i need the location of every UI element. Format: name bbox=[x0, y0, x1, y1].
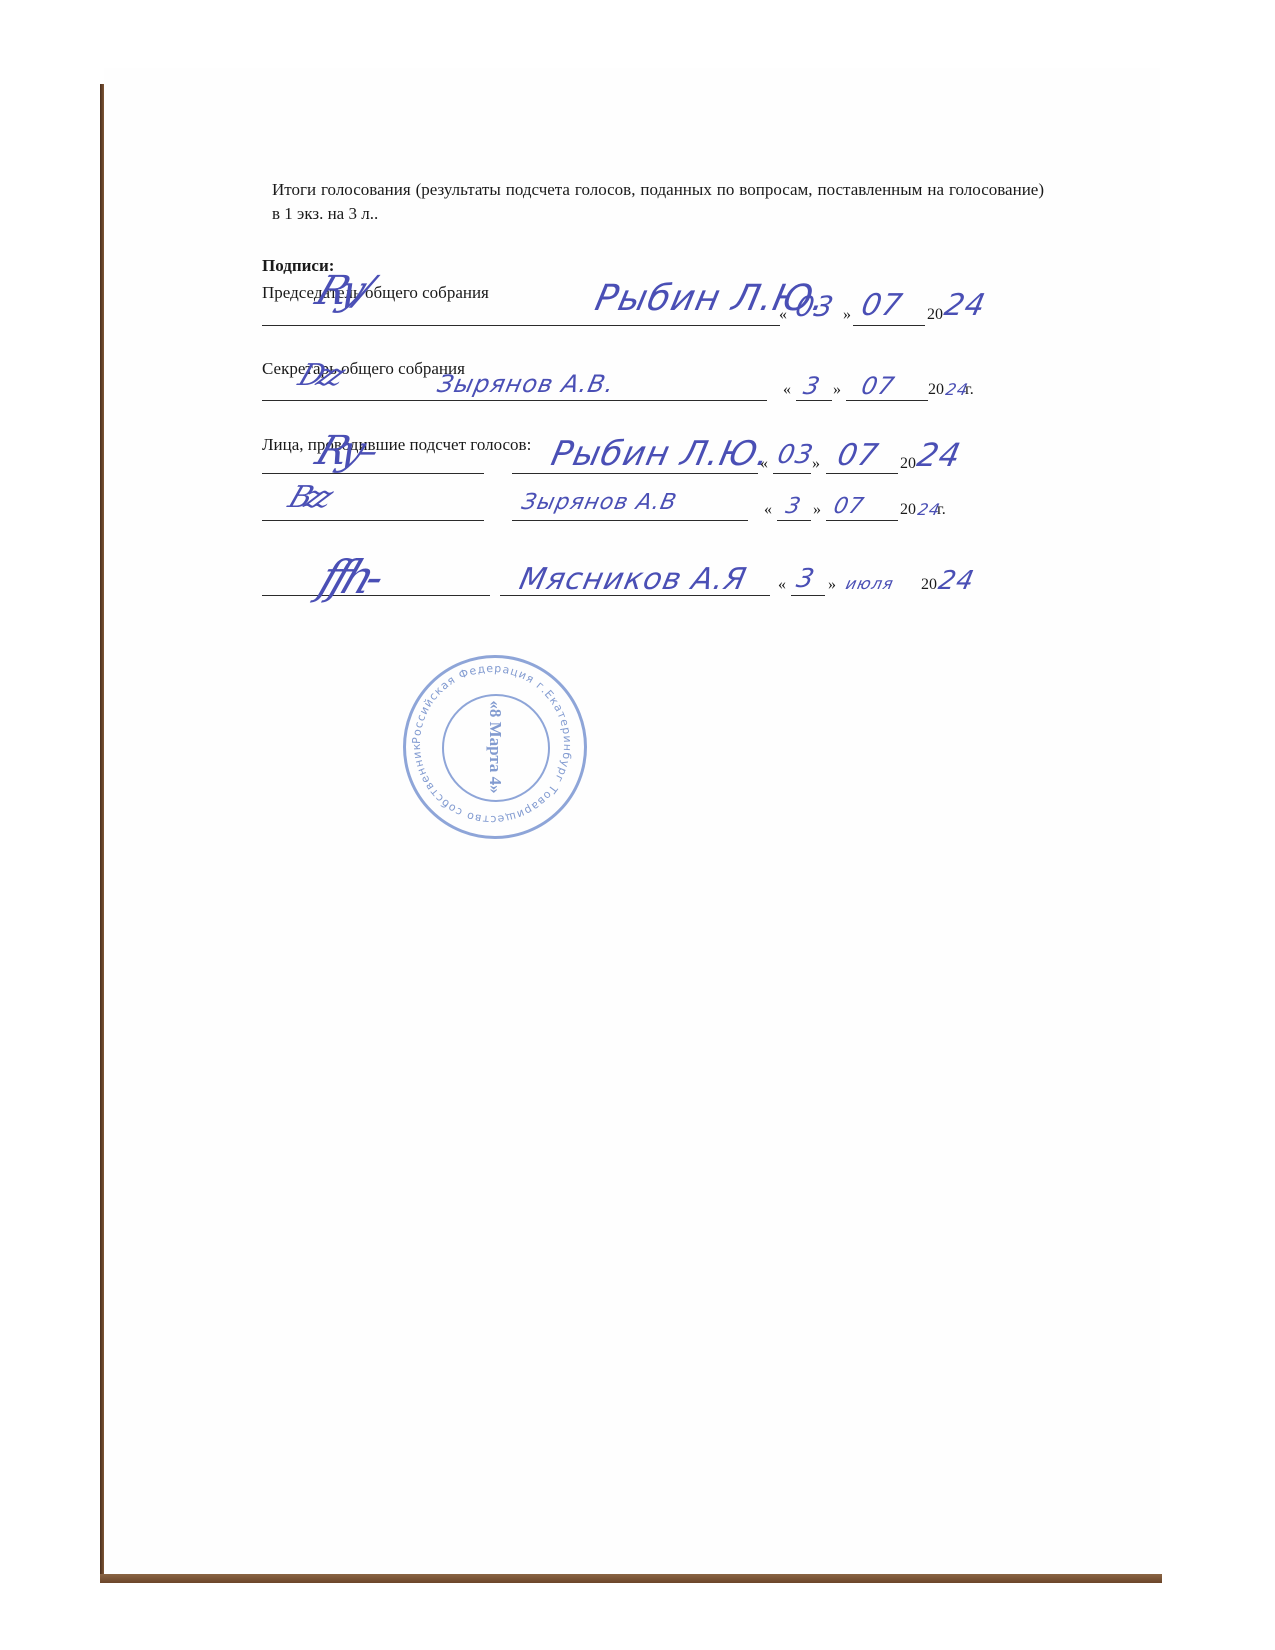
secretary-month: 07 bbox=[859, 372, 897, 400]
counters-label: Лица, проводившие подсчет голосов: bbox=[262, 433, 531, 457]
chair-label: Председатель общего собрания bbox=[262, 281, 489, 305]
chair-year-suffix: 24 bbox=[941, 288, 989, 323]
counter-2-year-end: г. bbox=[937, 501, 946, 519]
counter-1-month-line bbox=[826, 473, 898, 474]
counter-2-quote-close: » bbox=[813, 501, 821, 519]
secretary-label: Секретарь общего собрания bbox=[262, 357, 465, 381]
counter-3-signature-line bbox=[262, 595, 490, 596]
stamp-center-text: «8 Марта 4» bbox=[485, 700, 505, 793]
chair-month-line bbox=[853, 325, 925, 326]
counter-2-month-line bbox=[826, 520, 898, 521]
counter-3-year-suffix: 24 bbox=[936, 566, 977, 596]
counter-1-day: 03 bbox=[775, 440, 816, 470]
chair-month: 07 bbox=[858, 288, 906, 323]
counter-3-month: июля bbox=[844, 574, 896, 593]
counter-1-month: 07 bbox=[834, 438, 882, 473]
secretary-quote-open: « bbox=[783, 381, 791, 399]
secretary-year-end: г. bbox=[965, 381, 974, 399]
counter-2-name-line bbox=[512, 520, 748, 521]
secretary-month-line bbox=[846, 400, 928, 401]
counter-3-year-prefix: 20 bbox=[921, 576, 937, 594]
counter-1-quote-close: » bbox=[812, 455, 820, 473]
counter-2-year-prefix: 20 bbox=[900, 501, 916, 519]
chair-day: 03 bbox=[792, 290, 837, 323]
counter-3-day-line bbox=[791, 595, 825, 596]
counter-3-quote-close: » bbox=[828, 576, 836, 594]
chair-quote-open: « bbox=[779, 306, 787, 324]
counter-1-quote-open: « bbox=[760, 455, 768, 473]
counter-3-quote-open: « bbox=[778, 576, 786, 594]
counter-3-name-handwritten: Мясников А.Я bbox=[516, 562, 750, 597]
counter-2-name-handwritten: Зырянов А.В bbox=[519, 490, 679, 515]
counter-2-quote-open: « bbox=[764, 501, 772, 519]
secretary-name-handwritten: Зырянов А.В. bbox=[435, 370, 617, 398]
counter-1-name-handwritten: Рыбин Л.Ю. bbox=[548, 434, 774, 474]
secretary-day-line bbox=[796, 400, 832, 401]
secretary-signature-line bbox=[262, 400, 767, 401]
page-edge-bottom bbox=[100, 1574, 1162, 1583]
organization-stamp: Российская Федерация г.Екатеринбург Това… bbox=[403, 655, 587, 839]
chair-signature-line bbox=[262, 325, 780, 326]
counter-2-month: 07 bbox=[831, 494, 866, 519]
counter-1-day-line bbox=[773, 473, 811, 474]
counter-2-day-line bbox=[777, 520, 811, 521]
chair-quote-close: » bbox=[843, 306, 851, 324]
counter-1-signature-line bbox=[262, 473, 484, 474]
counter-1-year-suffix: 24 bbox=[914, 436, 965, 474]
voting-results-paragraph: Итоги голосования (результаты подсчета г… bbox=[272, 178, 1044, 226]
secretary-year-prefix: 20 bbox=[928, 381, 944, 399]
secretary-quote-close: » bbox=[833, 381, 841, 399]
counter-2-signature-line bbox=[262, 520, 484, 521]
